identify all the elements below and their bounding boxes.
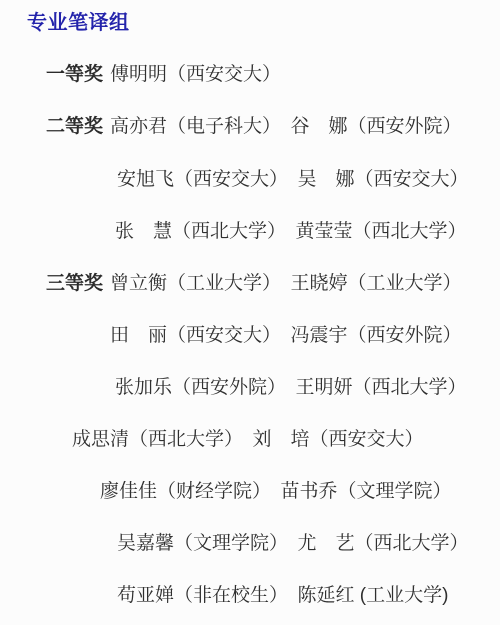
- award-rank-label: 一等奖: [46, 64, 103, 85]
- award-line: 吴嘉馨（文理学院） 尤 艺（西北大学）: [117, 531, 469, 557]
- award-rank-label: 二等奖: [46, 116, 103, 137]
- award-line: 三等奖曾立衡（工业大学） 王晓婷（工业大学）: [46, 271, 462, 297]
- winner-names: 张 慧（西北大学） 黄莹莹（西北大学）: [115, 221, 467, 242]
- winner-names: 张加乐（西安外院） 王明妍（西北大学）: [115, 377, 467, 398]
- award-line: 一等奖傅明明（西安交大）: [46, 62, 281, 88]
- award-list-document: 专业笔译组 一等奖傅明明（西安交大） 二等奖高亦君（电子科大） 谷 娜（西安外院…: [0, 0, 500, 625]
- winner-names: 曾立衡（工业大学） 王晓婷（工业大学）: [110, 273, 462, 294]
- winner-names: 安旭飞（西安交大） 吴 娜（西安交大）: [117, 169, 469, 190]
- winner-names: 吴嘉馨（文理学院） 尤 艺（西北大学）: [117, 533, 469, 554]
- award-line: 张 慧（西北大学） 黄莹莹（西北大学）: [115, 219, 467, 245]
- award-line: 廖佳佳（财经学院） 苗书乔（文理学院）: [100, 479, 452, 505]
- award-line: 安旭飞（西安交大） 吴 娜（西安交大）: [117, 167, 469, 193]
- award-line: 田 丽（西安交大） 冯震宇（西安外院）: [110, 323, 462, 349]
- group-title: 专业笔译组: [27, 11, 130, 35]
- winner-names: 廖佳佳（财经学院） 苗书乔（文理学院）: [100, 481, 452, 502]
- winner-names: 苟亚婵（非在校生） 陈延红 (工业大学): [117, 585, 448, 606]
- winner-names: 高亦君（电子科大） 谷 娜（西安外院）: [110, 116, 462, 137]
- winner-names: 成思清（西北大学） 刘 培（西安交大）: [72, 429, 424, 450]
- award-line: 张加乐（西安外院） 王明妍（西北大学）: [115, 375, 467, 401]
- award-rank-label: 三等奖: [46, 273, 103, 294]
- winner-names: 田 丽（西安交大） 冯震宇（西安外院）: [110, 325, 462, 346]
- award-line: 二等奖高亦君（电子科大） 谷 娜（西安外院）: [46, 114, 462, 140]
- award-line: 成思清（西北大学） 刘 培（西安交大）: [72, 427, 424, 453]
- winner-names: 傅明明（西安交大）: [110, 64, 281, 85]
- award-line: 苟亚婵（非在校生） 陈延红 (工业大学): [117, 583, 448, 609]
